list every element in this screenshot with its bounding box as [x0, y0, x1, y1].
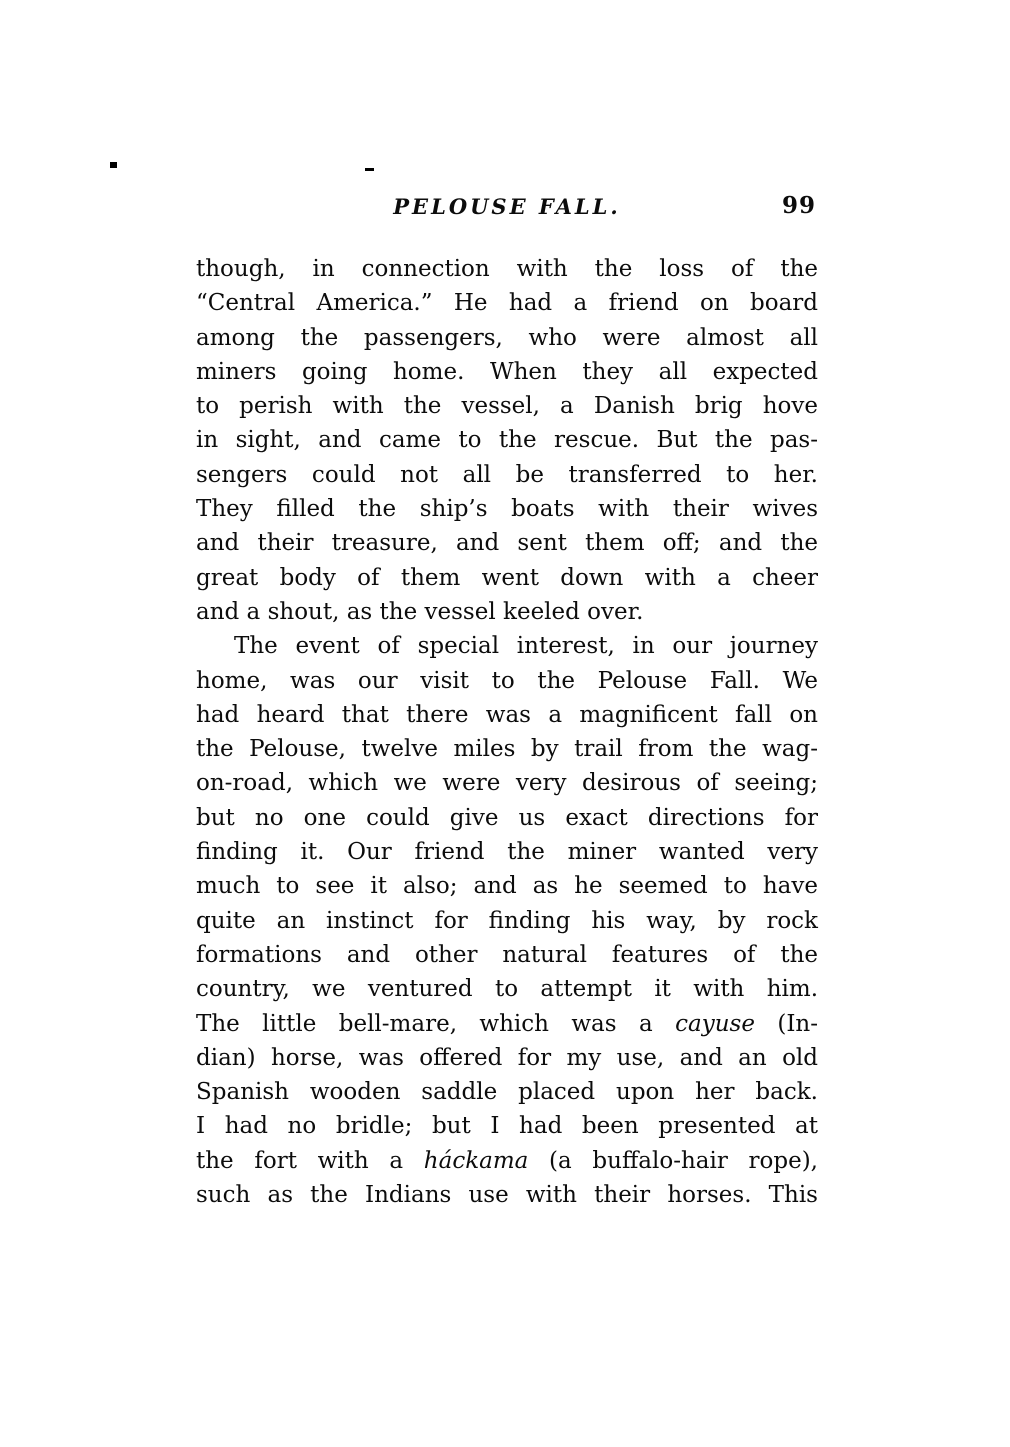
text-line: much to see it also; and as he seemed to… [196, 869, 818, 903]
text-segment: “Central America.” He had a friend on bo… [196, 290, 818, 316]
text-line: “Central America.” He had a friend on bo… [196, 286, 818, 320]
text-line: to perish with the vessel, a Danish brig… [196, 389, 818, 423]
text-segment: (In- [755, 1011, 818, 1037]
text-line: They filled the ship’s boats with their … [196, 492, 818, 526]
italic-term: cayuse [675, 1011, 755, 1037]
text-line: had heard that there was a magnificent f… [196, 698, 818, 732]
text-segment: but no one could give us exact direction… [196, 805, 818, 831]
text-line: great body of them went down with a chee… [196, 561, 818, 595]
running-header: PELOUSE FALL. 99 [196, 194, 818, 224]
text-segment: the fort with a [196, 1148, 424, 1174]
text-segment: the Pelouse, twelve miles by trail from … [196, 736, 818, 762]
text-segment: Spanish wooden saddle placed upon her ba… [196, 1079, 818, 1105]
text-segment: in sight, and came to the rescue. But th… [196, 427, 818, 453]
text-segment: They filled the ship’s boats with their … [196, 496, 818, 522]
text-line: finding it. Our friend the miner wanted … [196, 835, 818, 869]
text-segment: great body of them went down with a chee… [196, 565, 818, 591]
text-line: but no one could give us exact direction… [196, 801, 818, 835]
text-segment: among the passengers, who were almost al… [196, 325, 818, 351]
text-segment: (a buffalo-hair rope), [528, 1148, 818, 1174]
text-line: dian) horse, was offered for my use, and… [196, 1041, 818, 1075]
text-line: the fort with a háckama (a buffalo-hair … [196, 1144, 818, 1178]
text-line: on-road, which we were very desirous of … [196, 766, 818, 800]
page-number: 99 [782, 193, 816, 219]
text-line: miners going home. When they all expecte… [196, 355, 818, 389]
text-segment: and their treasure, and sent them off; a… [196, 530, 818, 556]
text-segment: had heard that there was a magnificent f… [196, 702, 818, 728]
text-line: The event of special interest, in our jo… [196, 629, 818, 663]
text-segment: I had no bridle; but I had been presente… [196, 1113, 818, 1139]
text-line: sengers could not all be transferred to … [196, 458, 818, 492]
text-line: country, we ventured to attempt it with … [196, 972, 818, 1006]
text-segment: The little bell-mare, which was a [196, 1011, 675, 1037]
page-title: PELOUSE FALL. [196, 194, 818, 220]
text-line: though, in connection with the loss of t… [196, 252, 818, 286]
text-line: such as the Indians use with their horse… [196, 1178, 818, 1212]
text-segment: The event of special interest, in our jo… [234, 633, 818, 659]
text-line: I had no bridle; but I had been presente… [196, 1109, 818, 1143]
body-text: though, in connection with the loss of t… [196, 252, 818, 1212]
text-line: quite an instinct for finding his way, b… [196, 904, 818, 938]
book-page: PELOUSE FALL. 99 though, in connection w… [0, 0, 1010, 1447]
text-line: formations and other natural features of… [196, 938, 818, 972]
text-line: the Pelouse, twelve miles by trail from … [196, 732, 818, 766]
text-line: in sight, and came to the rescue. But th… [196, 423, 818, 457]
text-segment: much to see it also; and as he seemed to… [196, 873, 818, 899]
text-segment: formations and other natural features of… [196, 942, 818, 968]
text-segment: finding it. Our friend the miner wanted … [196, 839, 818, 865]
text-segment: to perish with the vessel, a Danish brig… [196, 393, 818, 419]
text-segment: quite an instinct for finding his way, b… [196, 908, 818, 934]
text-line: The little bell-mare, which was a cayuse… [196, 1007, 818, 1041]
text-line: and a shout, as the vessel keeled over. [196, 595, 818, 629]
text-line: Spanish wooden saddle placed upon her ba… [196, 1075, 818, 1109]
text-line: home, was our visit to the Pelouse Fall.… [196, 664, 818, 698]
text-segment: such as the Indians use with their horse… [196, 1182, 818, 1208]
text-segment: on-road, which we were very desirous of … [196, 770, 818, 796]
text-segment: sengers could not all be transferred to … [196, 462, 818, 488]
text-line: and their treasure, and sent them off; a… [196, 526, 818, 560]
text-segment: miners going home. When they all expecte… [196, 359, 818, 385]
text-segment: country, we ventured to attempt it with … [196, 976, 818, 1002]
text-segment: though, in connection with the loss of t… [196, 256, 818, 282]
scan-artifact-square [110, 162, 117, 168]
text-segment: and a shout, as the vessel keeled over. [196, 599, 643, 625]
text-segment: dian) horse, was offered for my use, and… [196, 1045, 818, 1071]
scan-artifact-dash [365, 168, 374, 171]
text-line: among the passengers, who were almost al… [196, 321, 818, 355]
text-segment: home, was our visit to the Pelouse Fall.… [196, 668, 818, 694]
italic-term: háckama [424, 1148, 529, 1174]
